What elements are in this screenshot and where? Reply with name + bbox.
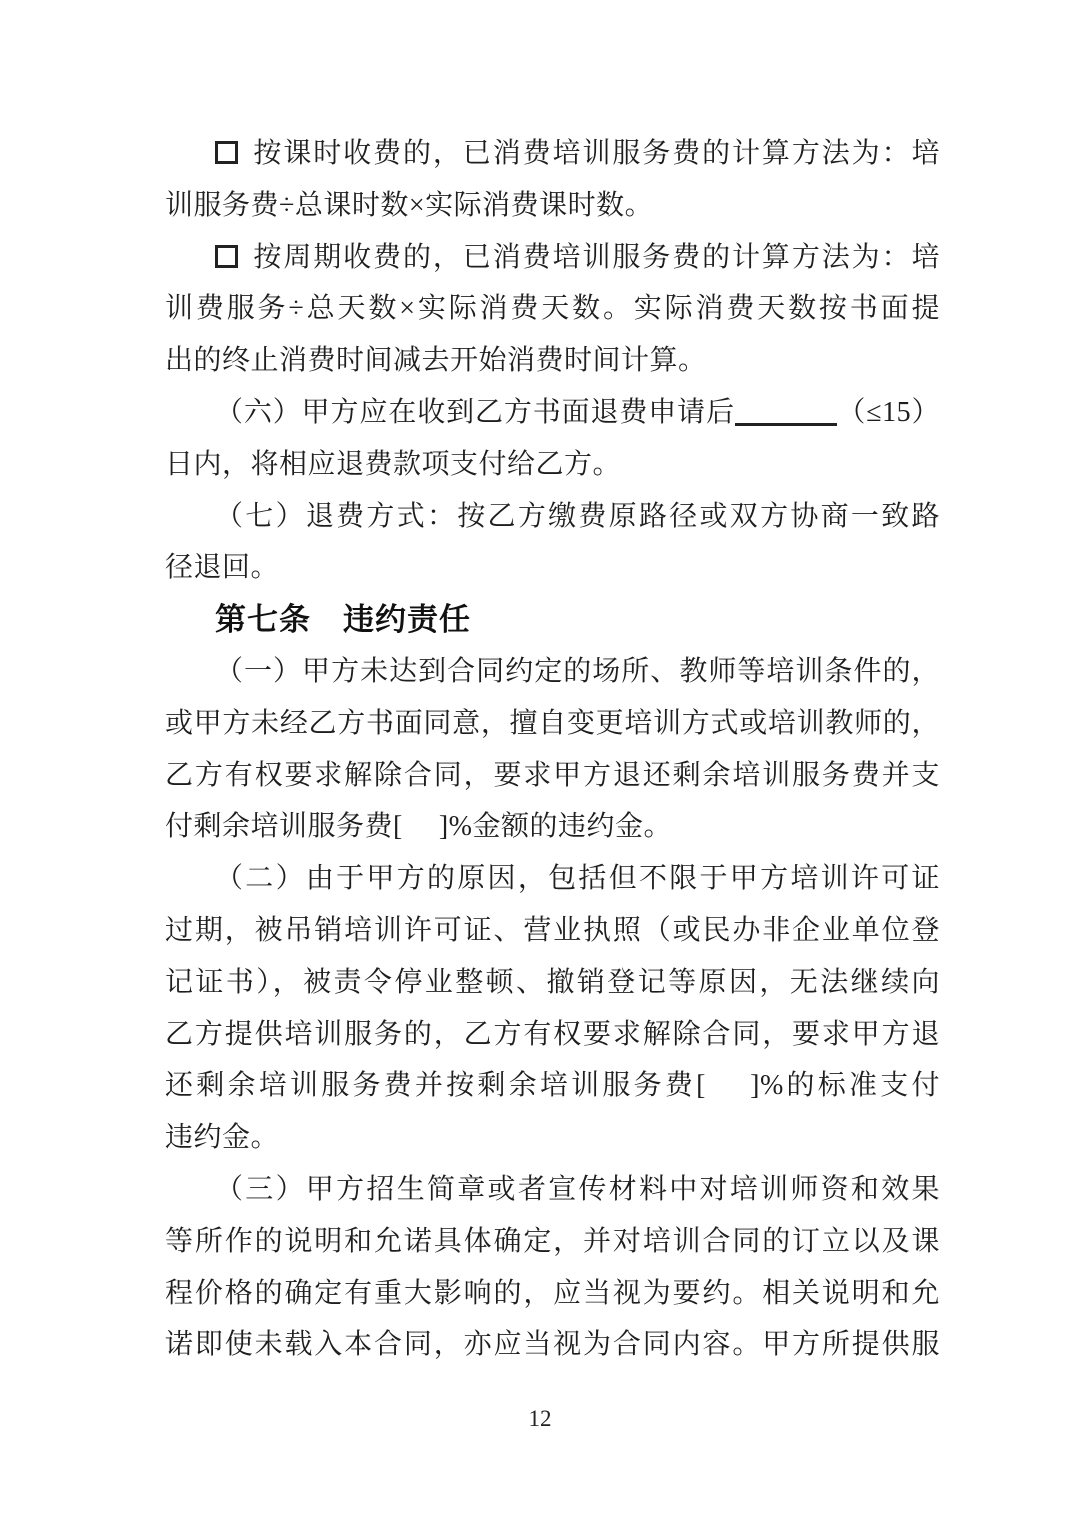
page-number: 12 — [0, 1406, 1080, 1432]
fee-option-hourly-line2: 训服务费÷总课时数×实际消费课时数。 — [165, 180, 940, 232]
clause-7-line2: 径退回。 — [165, 542, 940, 594]
fee-option-periodic-text: 按周期收费的，已消费培训服务费的计算方法为：培 — [252, 242, 940, 273]
clause-6-line2: 日内，将相应退费款项支付给乙方。 — [165, 439, 940, 491]
breach-clause-1-line2: 或甲方未经乙方书面同意，擅自变更培训方式或培训教师的， — [165, 698, 940, 750]
fee-option-periodic-line3: 出的终止消费时间减去开始消费时间计算。 — [165, 335, 940, 387]
clause-6-line1: （六）甲方应在收到乙方书面退费申请后（≤15） — [165, 387, 940, 439]
breach-clause-3-line3: 程价格的确定有重大影响的，应当视为要约。相关说明和允 — [165, 1268, 940, 1320]
breach-clause-3-line2: 等所作的说明和允诺具体确定，并对培训合同的订立以及课 — [165, 1216, 940, 1268]
fill-in-blank-days — [735, 423, 837, 426]
breach-clause-2-line2: 过期，被吊销培训许可证、营业执照（或民办非企业单位登 — [165, 905, 940, 957]
breach-clause-3-line4: 诺即使未载入本合同，亦应当视为合同内容。甲方所提供服 — [165, 1319, 940, 1371]
fee-option-hourly-text: 按课时收费的，已消费培训服务费的计算方法为：培 — [252, 138, 940, 169]
contract-document-page: 按课时收费的，已消费培训服务费的计算方法为：培 训服务费÷总课时数×实际消费课时… — [0, 0, 1080, 1527]
fee-option-periodic-line1: 按周期收费的，已消费培训服务费的计算方法为：培 — [165, 232, 940, 284]
clause-7-line1: （七）退费方式：按乙方缴费原路径或双方协商一致路 — [165, 491, 940, 543]
breach-clause-2-line6: 违约金。 — [165, 1112, 940, 1164]
clause-6-text-post: （≤15） — [837, 397, 940, 428]
section-7-heading: 第七条 违约责任 — [165, 594, 940, 646]
breach-clause-2-line1: （二）由于甲方的原因，包括但不限于甲方培训许可证 — [165, 853, 940, 905]
checkbox-unchecked-icon — [215, 245, 238, 268]
clause-6-text-pre: （六）甲方应在收到乙方书面退费申请后 — [215, 397, 735, 428]
contract-text-block: 按课时收费的，已消费培训服务费的计算方法为：培 训服务费÷总课时数×实际消费课时… — [165, 128, 940, 1371]
fee-option-periodic-line2: 训费服务÷总天数×实际消费天数。实际消费天数按书面提 — [165, 283, 940, 335]
breach-clause-1-line1: （一）甲方未达到合同约定的场所、教师等培训条件的， — [165, 646, 940, 698]
breach-clause-2-line4: 乙方提供培训服务的，乙方有权要求解除合同，要求甲方退 — [165, 1009, 940, 1061]
breach-clause-1-line4: 付剩余培训服务费[ ]%金额的违约金。 — [165, 801, 940, 853]
breach-clause-3-line1: （三）甲方招生简章或者宣传材料中对培训师资和效果 — [165, 1164, 940, 1216]
fee-option-hourly-line1: 按课时收费的，已消费培训服务费的计算方法为：培 — [165, 128, 940, 180]
breach-clause-1-line3: 乙方有权要求解除合同，要求甲方退还剩余培训服务费并支 — [165, 750, 940, 802]
breach-clause-2-line5: 还剩余培训服务费并按剩余培训服务费[ ]%的标准支付 — [165, 1060, 940, 1112]
breach-clause-2-line3: 记证书），被责令停业整顿、撤销登记等原因，无法继续向 — [165, 957, 940, 1009]
checkbox-unchecked-icon — [215, 141, 238, 164]
